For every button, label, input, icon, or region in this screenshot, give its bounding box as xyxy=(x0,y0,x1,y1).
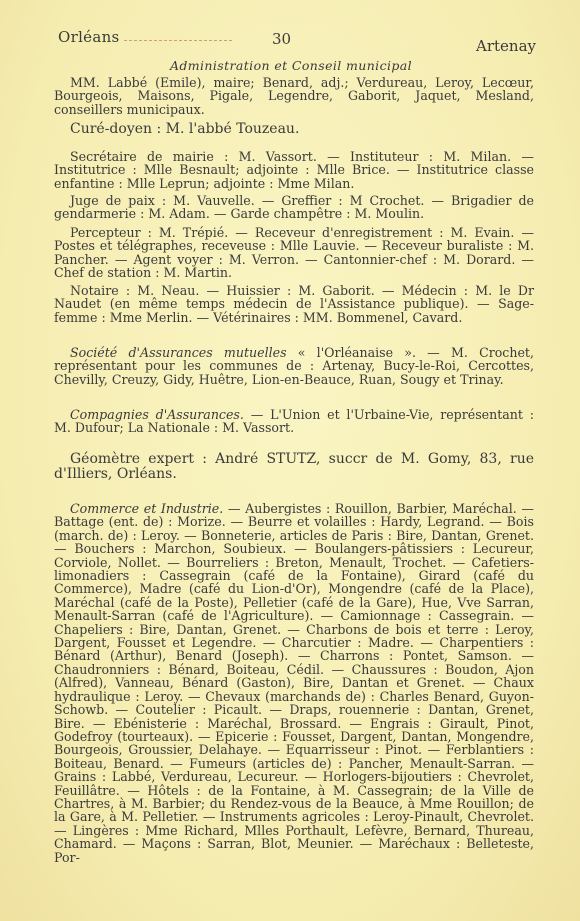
running-head-rule xyxy=(124,40,232,41)
paragraph-justice: Juge de paix : M. Vauvelle. — Greffier :… xyxy=(54,194,534,221)
running-head: Orléans 30 Artenay xyxy=(46,28,536,52)
paragraph-cure: Curé-doyen : M. l'abbé Touzeau. xyxy=(54,122,534,137)
paragraph-council: MM. Labbé (Emile), maire; Benard, adj.; … xyxy=(54,76,534,116)
paragraph-secretary: Secrétaire de mairie : M. Vassort. — Ins… xyxy=(54,150,534,190)
paragraph-geometre: Géomètre expert : André STUTZ, succr de … xyxy=(54,452,534,482)
paragraph-compagnies: Compagnies d'Assurances. — L'Union et l'… xyxy=(54,408,534,435)
running-head-right: Artenay xyxy=(476,37,536,55)
paragraph-notaire: Notaire : M. Neau. — Huissier : M. Gabor… xyxy=(54,284,534,324)
running-head-left: Orléans xyxy=(58,28,120,46)
paragraph-commerce: Commerce et Industrie. — Aubergistes : R… xyxy=(54,502,534,864)
page-number: 30 xyxy=(272,30,291,48)
paragraph-percepteur: Percepteur : M. Trépié. — Receveur d'enr… xyxy=(54,226,534,280)
section-title: Administration et Conseil municipal xyxy=(46,58,536,73)
paragraph-societe-assurances: Société d'Assurances mutuelles « l'Orléa… xyxy=(54,346,534,386)
